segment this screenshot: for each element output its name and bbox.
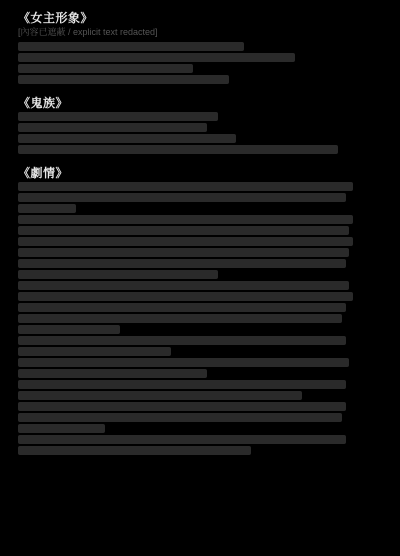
redacted-text-line <box>18 270 218 279</box>
section: 《劇情》 <box>18 167 382 455</box>
redacted-text-line <box>18 292 353 301</box>
redacted-text-line <box>18 237 353 246</box>
redacted-text-line <box>18 369 207 378</box>
redacted-text-line <box>18 53 295 62</box>
section-title: 《女主形象》 <box>18 12 382 25</box>
redacted-text-line <box>18 259 346 268</box>
redacted-text-line <box>18 193 346 202</box>
redacted-text-line <box>18 281 349 290</box>
redacted-text-line <box>18 204 76 213</box>
document-body: 《女主形象》[內容已遮蔽 / explicit text redacted]《鬼… <box>18 12 382 455</box>
redacted-text-line <box>18 42 244 51</box>
redacted-text-line <box>18 134 236 143</box>
redacted-text-line <box>18 112 218 121</box>
redacted-text-line <box>18 325 120 334</box>
redacted-text-line <box>18 123 207 132</box>
redaction-note: [內容已遮蔽 / explicit text redacted] <box>18 27 382 38</box>
redacted-text-line <box>18 391 302 400</box>
redacted-text-line <box>18 64 193 73</box>
redacted-text-line <box>18 402 346 411</box>
section: 《鬼族》 <box>18 97 382 154</box>
section: 《女主形象》[內容已遮蔽 / explicit text redacted] <box>18 12 382 84</box>
redacted-text-line <box>18 446 251 455</box>
redacted-text-line <box>18 303 346 312</box>
section-title: 《鬼族》 <box>18 97 382 110</box>
redacted-text-line <box>18 336 346 345</box>
redacted-text-line <box>18 424 105 433</box>
redacted-text-line <box>18 314 342 323</box>
redacted-text-line <box>18 226 349 235</box>
section-title: 《劇情》 <box>18 167 382 180</box>
redacted-text-line <box>18 145 338 154</box>
redacted-text-line <box>18 435 346 444</box>
redacted-text-line <box>18 358 349 367</box>
redacted-text-line <box>18 182 353 191</box>
redacted-text-line <box>18 413 342 422</box>
redacted-text-line <box>18 75 229 84</box>
redacted-text-line <box>18 215 353 224</box>
document-page: 《女主形象》[內容已遮蔽 / explicit text redacted]《鬼… <box>0 0 400 556</box>
redacted-text-line <box>18 248 349 257</box>
redacted-text-line <box>18 347 171 356</box>
redacted-text-line <box>18 380 346 389</box>
